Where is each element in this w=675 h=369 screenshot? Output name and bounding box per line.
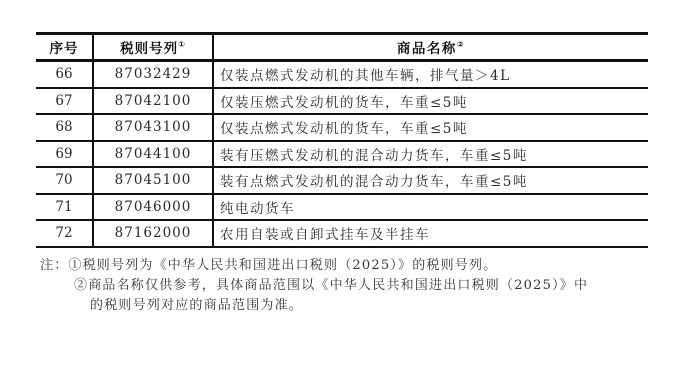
cell-code: 87162000 [93, 220, 213, 247]
table-row: 70 87045100 装有点燃式发动机的混合动力货车，车重≤5吨 [36, 167, 648, 194]
header-product-name-label: 商品名称 [397, 41, 457, 57]
table-row: 72 87162000 农用自装或自卸式挂车及半挂车 [36, 220, 648, 247]
table-row: 67 87042100 仅装压燃式发动机的货车，车重≤5吨 [36, 88, 648, 115]
cell-name: 仅装点燃式发动机的其他车辆，排气量＞4L [213, 61, 648, 88]
footnote-1-text: ①税则号列为《中华人民共和国进出口税则（2025）》的税则号列。 [68, 258, 497, 273]
footnote-marker-2: ② [457, 40, 465, 49]
footnotes: 注：①税则号列为《中华人民共和国进出口税则（2025）》的税则号列。 ②商品名称… [40, 256, 650, 316]
header-seq-label: 序号 [50, 41, 79, 57]
cell-name: 装有压燃式发动机的混合动力货车，车重≤5吨 [213, 141, 648, 168]
cell-name: 农用自装或自卸式挂车及半挂车 [213, 220, 648, 247]
table-row: 66 87032429 仅装点燃式发动机的其他车辆，排气量＞4L [36, 61, 648, 88]
cell-seq: 70 [36, 167, 93, 194]
cell-code: 87044100 [93, 141, 213, 168]
footnote-1: 注：①税则号列为《中华人民共和国进出口税则（2025）》的税则号列。 [40, 256, 650, 276]
table-row: 68 87043100 仅装点燃式发动机的货车，车重≤5吨 [36, 114, 648, 141]
cell-code: 87045100 [93, 167, 213, 194]
cell-code: 87042100 [93, 88, 213, 115]
cell-seq: 71 [36, 194, 93, 221]
header-product-name: 商品名称② [213, 34, 648, 61]
header-tariff-code: 税则号列① [93, 34, 213, 61]
notes-prefix: 注： [40, 258, 68, 273]
cell-name: 仅装点燃式发动机的货车，车重≤5吨 [213, 114, 648, 141]
header-tariff-code-label: 税则号列 [120, 41, 178, 57]
cell-seq: 69 [36, 141, 93, 168]
footnote-2: ②商品名称仅供参考，具体商品范围以《中华人民共和国进出口税则（2025）》中 [40, 276, 650, 296]
table-row: 69 87044100 装有压燃式发动机的混合动力货车，车重≤5吨 [36, 141, 648, 168]
cell-code: 87032429 [93, 61, 213, 88]
tariff-table: 序号 税则号列① 商品名称② 66 87032429 仅装点燃式发动机的其他车辆… [36, 32, 648, 248]
table-row: 71 87046000 纯电动货车 [36, 194, 648, 221]
cell-name: 装有点燃式发动机的混合动力货车，车重≤5吨 [213, 167, 648, 194]
cell-seq: 67 [36, 88, 93, 115]
header-seq: 序号 [36, 34, 93, 61]
cell-seq: 66 [36, 61, 93, 88]
cell-code: 87046000 [93, 194, 213, 221]
table-header-row: 序号 税则号列① 商品名称② [36, 34, 648, 61]
cell-seq: 68 [36, 114, 93, 141]
cell-name: 仅装压燃式发动机的货车，车重≤5吨 [213, 88, 648, 115]
footnote-marker-1: ① [178, 40, 186, 49]
cell-seq: 72 [36, 220, 93, 247]
cell-name: 纯电动货车 [213, 194, 648, 221]
footnote-2-continued: 的税则号列对应的商品范围为准。 [40, 296, 650, 316]
cell-code: 87043100 [93, 114, 213, 141]
